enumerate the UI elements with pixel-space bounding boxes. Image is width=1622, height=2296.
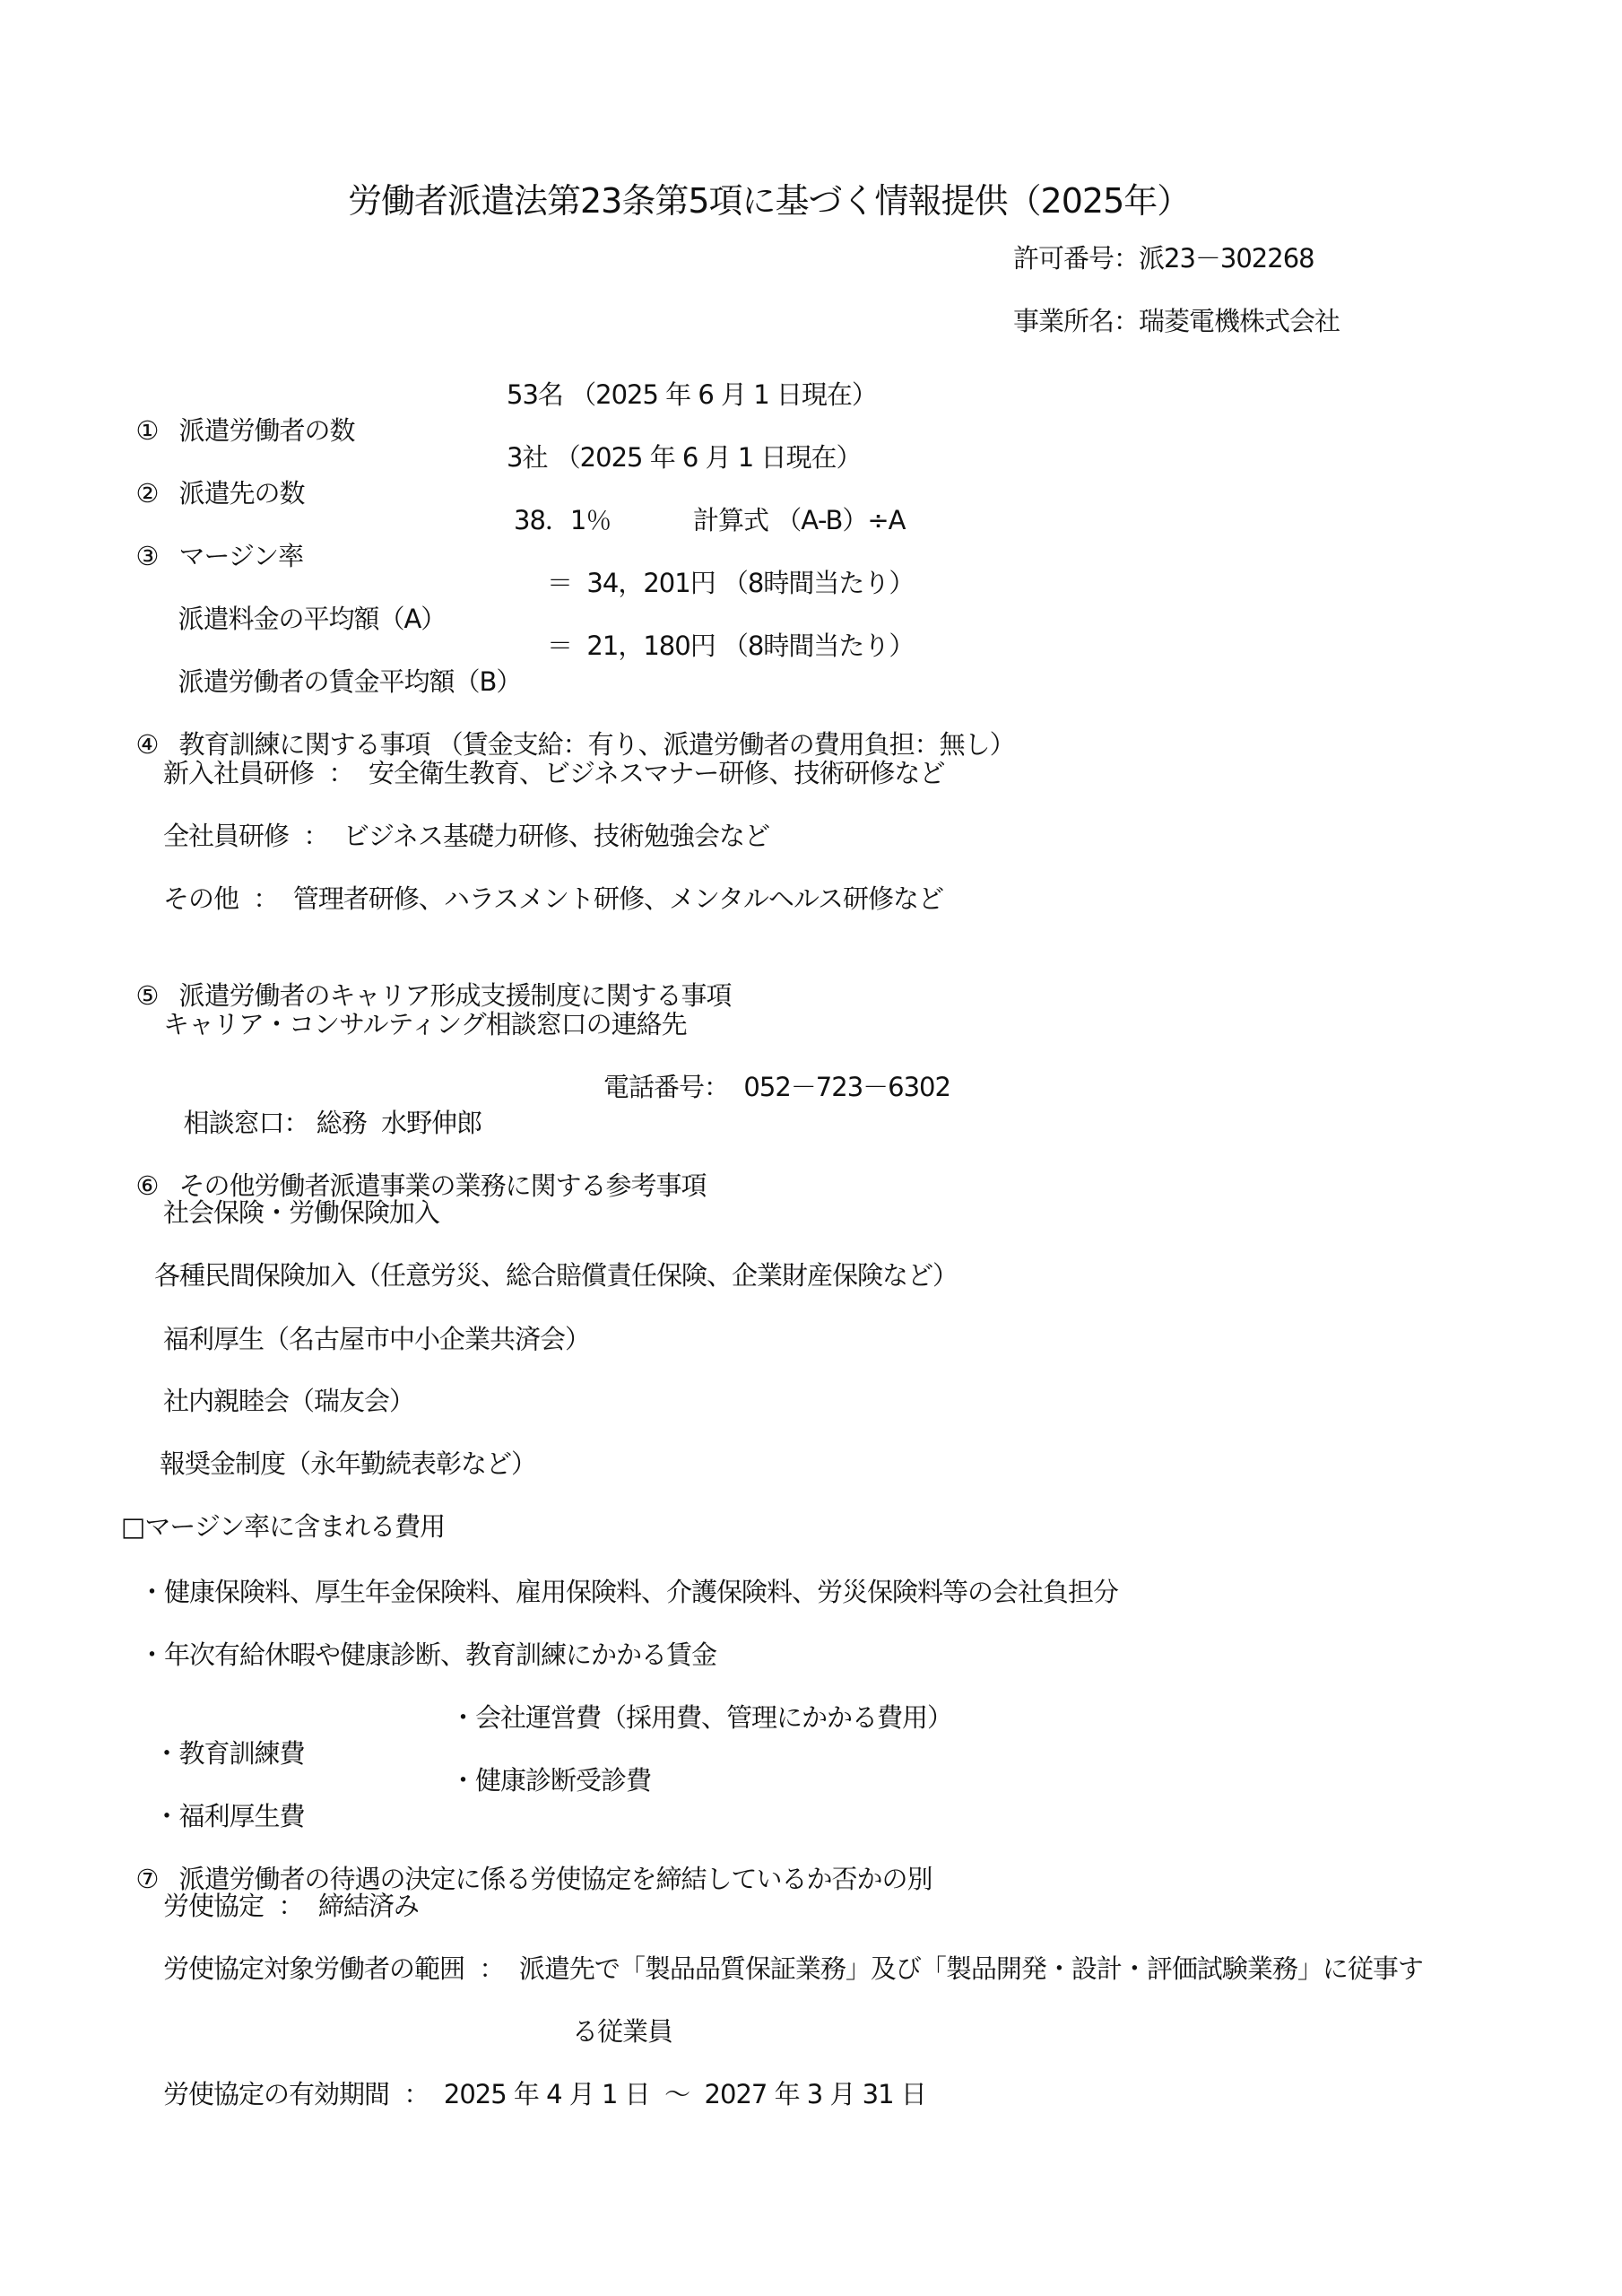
contact-title: キャリア・コンサルティング相談窓口の連絡先: [163, 1006, 687, 1042]
item-value: 53名 （2025 年 6 月 1 日現在）: [507, 377, 877, 413]
margin-cost-line: ・健康保険料、厚生年金保険料、雇用保険料、介護保険料、労災保険料等の会社負担分: [139, 1574, 1118, 1610]
item-5: ⑤派遣労働者のキャリア形成支援制度に関する事項: [121, 942, 731, 1013]
margin-cost-right: ・会社運営費（採用費、管理にかかる費用）: [450, 1700, 952, 1735]
office-name: 事業所名：瑞菱電機株式会社: [1013, 303, 1340, 339]
contact-phone: 電話番号： 052－723－6302: [603, 1069, 950, 1105]
avg-wage-value: ＝ 21，180円 （8時間当たり）: [547, 628, 914, 664]
reference-line: 社内親睦会（瑞友会）: [163, 1383, 414, 1419]
margin-cost-right: ・健康診断受診費: [450, 1762, 651, 1798]
item-4: ④教育訓練に関する事項 （賃金支給：有り、派遣労働者の費用負担：無し）: [121, 691, 1015, 762]
training-line: 全社員研修 ： ビジネス基礎力研修、技術勉強会など: [163, 818, 769, 854]
permit-number: 許可番号：派23－302268: [1013, 240, 1314, 276]
item-7: ⑦派遣労働者の待遇の決定に係る労使協定を締結しているか否かの別: [121, 1825, 932, 1897]
margin-formula: 計算式 （A‐B）÷A: [693, 502, 906, 538]
reference-line: 報奨金制度（永年勤続表彰など）: [160, 1446, 536, 1482]
item-6: ⑥その他労働者派遣事業の業務に関する参考事項: [121, 1132, 706, 1204]
agreement-scope: 労使協定対象労働者の範囲 ： 派遣先で「製品品質保証業務」及び「製品開発・設計・…: [163, 1951, 1423, 1987]
reference-line: 各種民間保険加入（任意労災、総合賠償責任保険、企業財産保険など）: [154, 1257, 958, 1293]
item-value: 3社 （2025 年 6 月 1 日現在）: [507, 439, 861, 475]
agreement-scope-continued: る従業員: [572, 2013, 672, 2049]
margin-cost-line: ・年次有給休暇や健康診断、教育訓練にかかる賃金: [139, 1637, 716, 1673]
document-title: 労働者派遣法第23条第5項に基づく情報提供（2025年）: [348, 179, 1190, 222]
reference-line: 福利厚生（名古屋市中小企業共済会）: [163, 1321, 590, 1357]
margin-costs-heading: □マージン率に含まれる費用: [121, 1509, 445, 1544]
training-line: その他 ： 管理者研修、ハラスメント研修、メンタルヘルス研修など: [163, 881, 943, 917]
avg-fee-value: ＝ 34，201円 （8時間当たり）: [547, 565, 914, 601]
agreement-period: 労使協定の有効期間 ： 2025 年 4 月 1 日 ～ 2027 年 3 月 …: [163, 2076, 926, 2112]
training-line: 新入社員研修 ： 安全衛生教育、ビジネスマナー研修、技術研修など: [163, 755, 944, 791]
reference-line: 社会保険・労働保険加入: [163, 1195, 439, 1231]
agreement-status: 労使協定 ： 締結済み: [163, 1888, 419, 1924]
margin-rate-value: 38．1％: [514, 502, 611, 538]
